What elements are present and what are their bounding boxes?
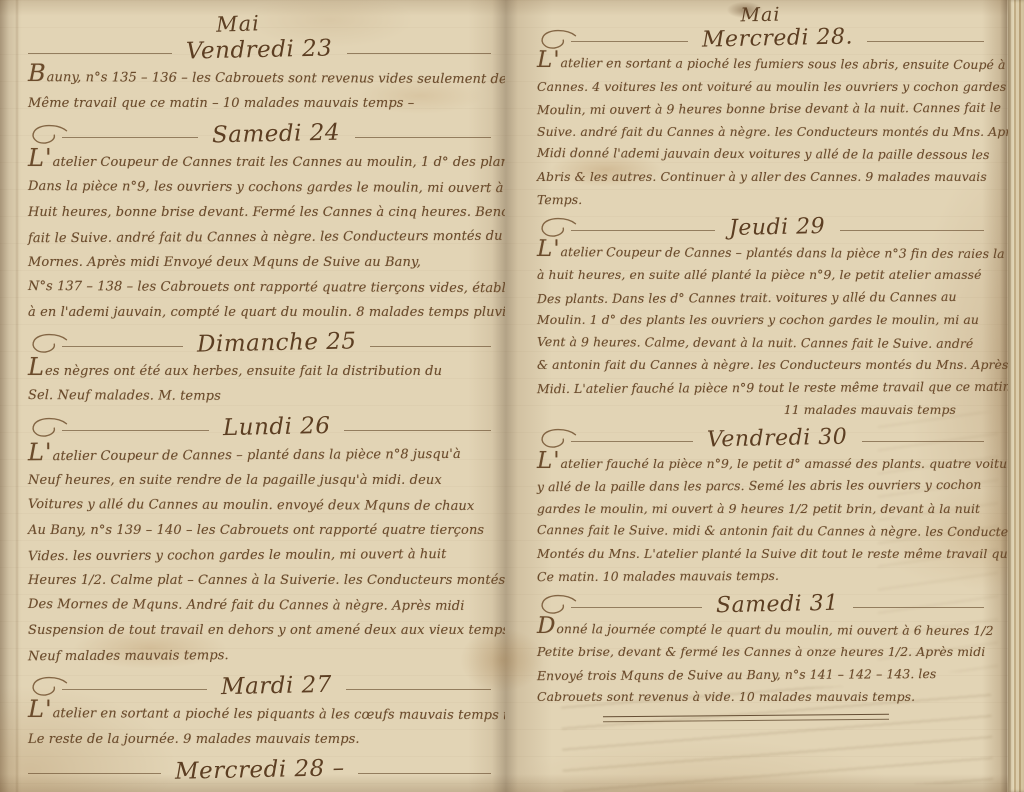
entry-date-heading: Mardi 27 <box>207 672 346 701</box>
entry-heading-row: Jeudi 29 <box>537 213 984 242</box>
manuscript-line: Même travail que ce matin – 10 malades m… <box>28 91 491 116</box>
heading-rule <box>571 230 715 231</box>
manuscript-line: à huit heures, en suite allé planté la p… <box>537 264 984 287</box>
manuscript-line: Abris & les autres. Continuer à y aller … <box>537 166 984 189</box>
manuscript-line: Suive. andré fait du Cannes à nègre. les… <box>537 121 984 144</box>
manuscript-line: Midi. L'atelier fauché la pièce n°9 tout… <box>537 375 984 400</box>
entry-date-heading: Dimanche 25 <box>182 328 370 358</box>
heading-rule <box>62 689 207 690</box>
entry-date-heading: Samedi 31 <box>702 590 853 618</box>
manuscript-line: & antonin fait du Cannes à nègre. les Co… <box>537 354 984 377</box>
manuscript-line: fait le Suive. andré fait du Cannes à nè… <box>28 224 491 251</box>
heading-rule <box>344 430 491 431</box>
manuscript-line: Des Mornes de Mquns. André fait du Canne… <box>28 592 491 619</box>
heading-rule <box>571 441 693 442</box>
heading-rule <box>571 607 702 608</box>
entry-heading-row: Mardi 27 <box>28 670 491 702</box>
manuscript-line: Temps. <box>537 187 984 212</box>
manuscript-line: Huit heures, bonne brise devant. Fermé l… <box>28 200 491 225</box>
entry-heading-row: Lundi 26 <box>28 411 491 443</box>
manuscript-line: L'atelier Coupeur de Cannes – plantés da… <box>537 241 984 265</box>
manuscript-line: Les nègres ont été aux herbes, ensuite f… <box>28 359 491 384</box>
manuscript-line: Heures 1/2. Calme plat – Cannes à la Sui… <box>28 568 491 593</box>
manuscript-line: Vent à 9 heures. Calme, devant à la nuit… <box>537 331 984 355</box>
page-left: Mai Vendredi 23Bauny, n°s 135 – 136 – le… <box>0 0 505 792</box>
manuscript-line: Sel. Neuf malades. M. temps <box>28 383 491 410</box>
book-page-edges <box>1008 0 1024 792</box>
manuscript-spread: Mai Vendredi 23Bauny, n°s 135 – 136 – le… <box>0 0 1024 792</box>
manuscript-line: Mornes. Après midi Envoyé deux Mquns de … <box>28 250 491 275</box>
manuscript-line: Le reste de la journée. 9 malades mauvai… <box>28 727 491 752</box>
heading-rule <box>840 230 984 231</box>
entry-heading-row: Dimanche 25 <box>28 327 491 359</box>
page-right: Mai Mercredi 28.L'atelier en sortant a p… <box>505 0 1008 792</box>
manuscript-line: Neuf heures, en suite rendre de la pagai… <box>28 468 491 493</box>
heading-rule <box>62 137 198 138</box>
heading-rule <box>62 430 209 431</box>
heading-rule <box>355 137 491 138</box>
entries-left: Vendredi 23Bauny, n°s 135 – 136 – les Ca… <box>28 34 491 786</box>
manuscript-line: Suspension de tout travail en dehors y o… <box>28 618 491 643</box>
manuscript-line: L'atelier Coupeur de Cannes trait les Ca… <box>28 150 491 175</box>
manuscript-line: L'atelier en sortant a pioché les fumier… <box>537 52 984 76</box>
show-through-ghost-writing <box>561 682 993 792</box>
entry-date-heading: Lundi 26 <box>208 413 344 442</box>
heading-rule <box>867 41 984 42</box>
month-title: Mai <box>216 3 492 37</box>
entry-date-heading: Jeudi 29 <box>715 213 840 241</box>
manuscript-line: à en l'ademi jauvain, compté le quart du… <box>28 300 491 325</box>
manuscript-line: Moulin. 1 d° des plants les ouvriers y c… <box>537 309 984 332</box>
heading-rule <box>346 689 491 690</box>
manuscript-line: Cannes. 4 voitures les ont voituré au mo… <box>537 76 984 99</box>
manuscript-line: Voitures y allé du Cannes au moulin. env… <box>28 492 491 519</box>
manuscript-line: Au Bany, n°s 139 – 140 – les Cabrouets o… <box>28 518 491 543</box>
heading-rule <box>347 53 491 54</box>
heading-rule <box>28 773 161 774</box>
entry-date-heading: Mercredi 28 – <box>160 755 358 785</box>
heading-rule <box>28 53 172 54</box>
entry-date-heading: Vendredi 23 <box>172 35 347 65</box>
heading-rule <box>370 346 491 347</box>
heading-rule <box>62 346 183 347</box>
manuscript-line: N°s 137 – 138 – les Cabrouets ont rappor… <box>28 274 491 301</box>
manuscript-line: Vides. les ouvriers y cochon gardes le m… <box>28 542 491 569</box>
entry-heading-row: Mercredi 28 – <box>28 754 491 786</box>
manuscript-line: Dans la pièce n°9, les ouvriers y cochon… <box>28 174 491 201</box>
manuscript-line: Moulin, mi ouvert à 9 heures bonne brise… <box>537 97 984 122</box>
show-through-ghost-writing <box>878 412 998 672</box>
manuscript-line: Neuf malades mauvais temps. <box>28 642 491 669</box>
entry-heading-row: Samedi 24 <box>28 118 491 150</box>
manuscript-line: Midi donné l'ademi jauvain deux voitures… <box>537 142 984 166</box>
manuscript-line: L'atelier Coupeur de Cannes – planté dan… <box>28 442 491 469</box>
manuscript-line: Des plants. Dans les d° Cannes trait. vo… <box>537 285 984 310</box>
entry-date-heading: Mercredi 28. <box>688 24 868 53</box>
entry-heading-row: Vendredi 23 <box>28 34 491 66</box>
manuscript-line: Bauny, n°s 135 – 136 – les Cabrouets son… <box>28 65 491 92</box>
heading-rule <box>571 41 688 42</box>
manuscript-line: L'atelier en sortant a pioché les piquan… <box>28 701 491 728</box>
entry-date-heading: Vendredi 30 <box>693 424 862 453</box>
entry-date-heading: Samedi 24 <box>198 119 355 148</box>
heading-rule <box>358 773 491 774</box>
